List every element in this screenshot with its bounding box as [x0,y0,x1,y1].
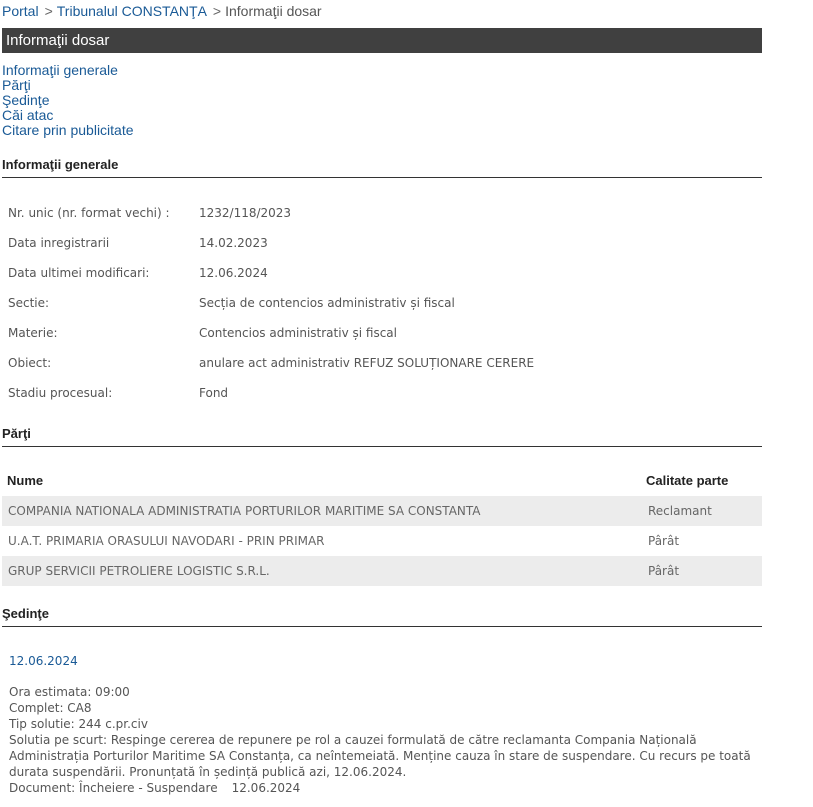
column-header-nume: Nume [7,473,43,488]
column-header-calitate: Calitate parte [646,473,728,488]
breadcrumb-portal[interactable]: Portal [2,3,39,19]
page-title-bar: Informaţii dosar [2,28,762,53]
hearing-time: Ora estimata: 09:00 [9,684,761,700]
heading-informatii-generale: Informaţii generale [2,157,762,178]
parti-table: Nume Calitate parte COMPANIA NATIONALA A… [2,466,762,586]
info-value: 1232/118/2023 [199,206,291,220]
info-value: Contencios administrativ și fiscal [199,326,397,340]
party-name: COMPANIA NATIONALA ADMINISTRATIA PORTURI… [8,504,480,518]
info-label: Data inregistrarii [8,236,109,250]
info-value: Secția de contencios administrativ și fi… [199,296,455,310]
nav-parti[interactable]: Părţi [2,78,134,93]
nav-citare-publicitate[interactable]: Citare prin publicitate [2,123,134,138]
breadcrumb: Portal>Tribunalul CONSTANŢA>Informaţii d… [2,3,322,19]
info-value: 12.06.2024 [199,266,268,280]
heading-parti: Părţi [2,426,762,447]
hearing-solution-summary: Solutia pe scurt: Respinge cererea de re… [9,732,761,780]
page-title: Informaţii dosar [2,32,109,49]
nav-cai-atac[interactable]: Căi atac [2,108,134,123]
nav-informatii-generale[interactable]: Informaţii generale [2,63,134,78]
document-label: Document: Încheiere - Suspendare [9,781,218,795]
nav-sedinte[interactable]: Şedinţe [2,93,134,108]
breadcrumb-separator: > [213,3,221,19]
breadcrumb-current: Informaţii dosar [225,3,321,19]
party-role: Pârât [648,534,679,548]
section-nav: Informaţii generale Părţi Şedinţe Căi at… [2,63,134,138]
hearing-details: Ora estimata: 09:00 Complet: CA8 Tip sol… [9,684,761,796]
info-label: Stadiu procesual: [8,386,112,400]
info-label: Sectie: [8,296,49,310]
info-label: Materie: [8,326,58,340]
info-value: 14.02.2023 [199,236,268,250]
hearing-document: Document: Încheiere - Suspendare12.06.20… [9,780,761,796]
party-role: Reclamant [648,504,712,518]
table-row: U.A.T. PRIMARIA ORASULUI NAVODARI - PRIN… [2,526,762,556]
info-label: Obiect: [8,356,51,370]
table-header: Nume Calitate parte [2,466,762,496]
breadcrumb-separator: > [45,3,53,19]
info-label: Nr. unic (nr. format vechi) : [8,206,170,220]
table-row: GRUP SERVICII PETROLIERE LOGISTIC S.R.L.… [2,556,762,586]
hearing-solution-type: Tip solutie: 244 c.pr.civ [9,716,761,732]
table-row: COMPANIA NATIONALA ADMINISTRATIA PORTURI… [2,496,762,526]
hearing-date-link[interactable]: 12.06.2024 [9,654,78,668]
party-name: GRUP SERVICII PETROLIERE LOGISTIC S.R.L. [8,564,270,578]
party-role: Pârât [648,564,679,578]
info-value: Fond [199,386,228,400]
breadcrumb-tribunal[interactable]: Tribunalul CONSTANŢA [57,3,207,19]
info-label: Data ultimei modificari: [8,266,149,280]
info-value: anulare act administrativ REFUZ SOLUȚION… [199,356,534,370]
document-date: 12.06.2024 [232,781,301,795]
party-name: U.A.T. PRIMARIA ORASULUI NAVODARI - PRIN… [8,534,325,548]
heading-sedinte: Şedinţe [2,606,762,627]
hearing-panel: Complet: CA8 [9,700,761,716]
